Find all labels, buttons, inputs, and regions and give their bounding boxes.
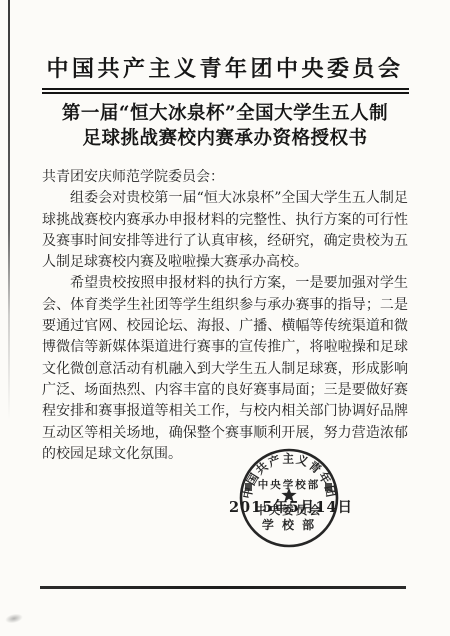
footer-rule xyxy=(40,586,406,589)
letterhead-double-rule xyxy=(42,88,409,94)
document-title-line1: 第一届“恒大冰泉杯”全国大学生五人制 xyxy=(30,101,420,126)
document-title-line2: 足球挑战赛校内赛承办资格授权书 xyxy=(30,126,420,151)
seal-date-stamp: 2015年5月14日 xyxy=(218,496,364,517)
scanned-document-page: 中国共产主义青年团中央委员会 第一届“恒大冰泉杯”全国大学生五人制 足球挑战赛校… xyxy=(0,0,450,636)
scan-smudge-bottom-left xyxy=(4,612,23,625)
document-title: 第一届“恒大冰泉杯”全国大学生五人制 足球挑战赛校内赛承办资格授权书 xyxy=(30,101,420,151)
seal-rim-mark-right xyxy=(325,483,332,491)
paragraph-review-decision: 组委会对贵校第一届“恒大冰泉杯”全国大学生五人制足球挑战赛校内赛承办申报材料的完… xyxy=(42,188,408,273)
letterhead-org-name: 中国共产主义青年团中央委员会 xyxy=(0,52,450,83)
salutation: 共青团安庆师范学院委员会： xyxy=(42,167,408,188)
paragraph-requirements: 希望贵校按照申报材料的执行方案，一是要加强对学生会、体育类学生社团等学生组织参与… xyxy=(42,273,408,465)
seal-rim-mark-left xyxy=(245,483,252,491)
official-seal: 中国共产主义青年团 中央学校部 中央委员会 学 校 部 2015年5月14日 xyxy=(236,446,342,552)
letter-body: 共青团安庆师范学院委员会： 组委会对贵校第一届“恒大冰泉杯”全国大学生五人制足球… xyxy=(42,167,408,465)
seal-inner-row3: 学 校 部 xyxy=(262,517,316,532)
